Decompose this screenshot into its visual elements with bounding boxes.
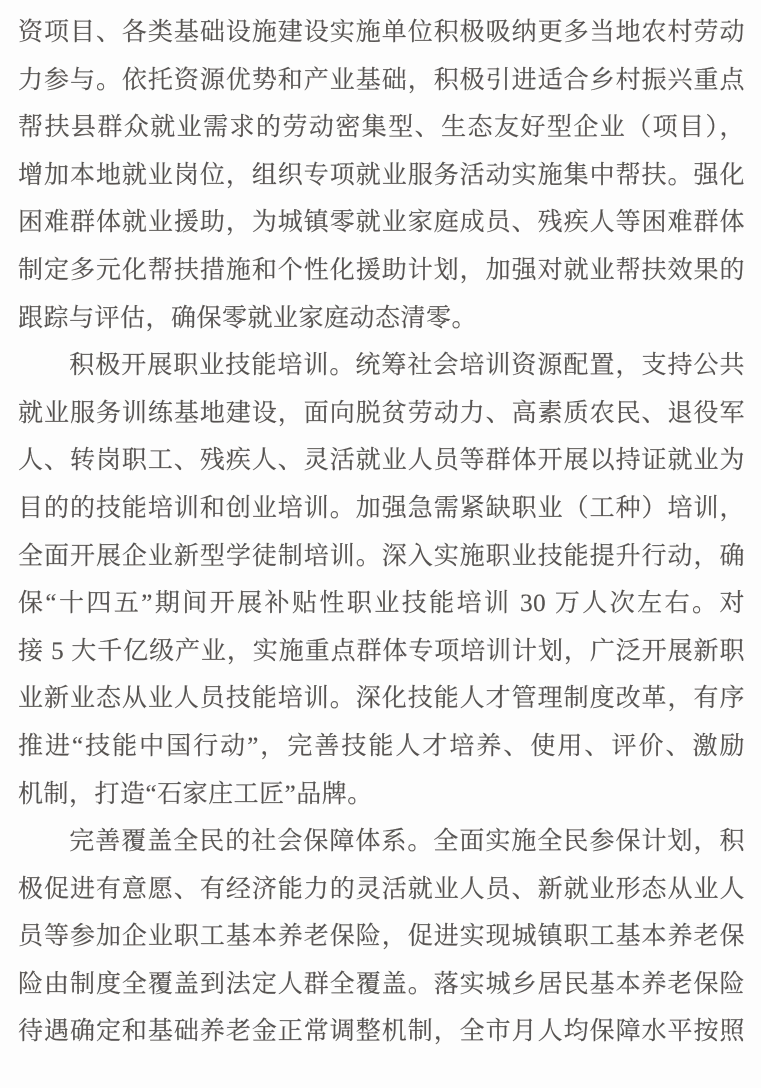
text-line: 极促进有意愿、有经济能力的灵活就业人员、新就业形态从业人 [18, 866, 745, 914]
text-line: 力参与。依托资源优势和产业基础，积极引进适合乡村振兴重点 [18, 57, 745, 105]
text-line: 制定多元化帮扶措施和个性化援助计划，加强对就业帮扶效果的 [18, 247, 745, 295]
paragraph-employment-assistance: 资项目、各类基础设施建设实施单位积极吸纳更多当地农村劳动 力参与。依托资源优势和… [18, 9, 745, 342]
text-line: 资项目、各类基础设施建设实施单位积极吸纳更多当地农村劳动 [18, 9, 745, 57]
text-line: 跟踪与评估，确保零就业家庭动态清零。 [18, 295, 745, 343]
text-line: 帮扶县群众就业需求的劳动密集型、生态友好型企业（项目）， [18, 104, 745, 152]
document-page: 资项目、各类基础设施建设实施单位积极吸纳更多当地农村劳动 力参与。依托资源优势和… [0, 0, 761, 1088]
text-line: 全面开展企业新型学徒制培训。深入实施职业技能提升行动，确 [18, 533, 745, 581]
text-line: 目的的技能培训和创业培训。加强急需紧缺职业（工种）培训， [18, 485, 745, 533]
text-line: 人、转岗职工、残疾人、灵活就业人员等群体开展以持证就业为 [18, 437, 745, 485]
text-line: 增加本地就业岗位，组织专项就业服务活动实施集中帮扶。强化 [18, 152, 745, 200]
text-line: 积极开展职业技能培训。统筹社会培训资源配置，支持公共 [18, 342, 745, 390]
text-line: 完善覆盖全民的社会保障体系。全面实施全民参保计划，积 [18, 818, 745, 866]
text-line: 保“十四五”期间开展补贴性职业技能培训 30 万人次左右。对 [18, 580, 745, 628]
paragraph-vocational-training: 积极开展职业技能培训。统筹社会培训资源配置，支持公共 就业服务训练基地建设，面向… [18, 342, 745, 818]
text-line: 员等参加企业职工基本养老保险，促进实现城镇职工基本养老保 [18, 913, 745, 961]
paragraph-social-security: 完善覆盖全民的社会保障体系。全面实施全民参保计划，积 极促进有意愿、有经济能力的… [18, 818, 745, 1056]
text-line: 就业服务训练基地建设，面向脱贫劳动力、高素质农民、退役军 [18, 390, 745, 438]
text-line: 困难群体就业援助，为城镇零就业家庭成员、残疾人等困难群体 [18, 199, 745, 247]
text-line: 业新业态从业人员技能培训。深化技能人才管理制度改革，有序 [18, 675, 745, 723]
text-line: 机制，打造“石家庄工匠”品牌。 [18, 771, 745, 819]
text-line: 险由制度全覆盖到法定人群全覆盖。落实城乡居民基本养老保险 [18, 961, 745, 1009]
text-line: 接 5 大千亿级产业，实施重点群体专项培训计划，广泛开展新职 [18, 628, 745, 676]
text-line: 推进“技能中国行动”，完善技能人才培养、使用、评价、激励 [18, 723, 745, 771]
text-line: 待遇确定和基础养老金正常调整机制，全市月人均保障水平按照 [18, 1008, 745, 1056]
